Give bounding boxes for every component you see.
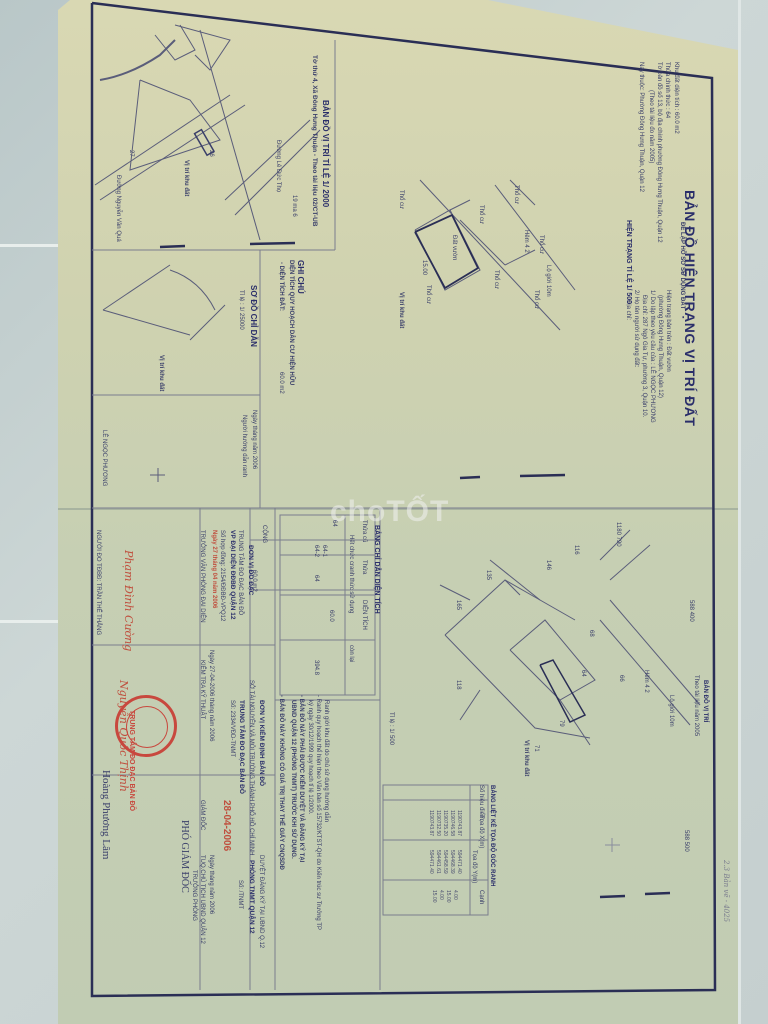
lower-map-scale: Tỉ lệ : 1/ 500	[387, 712, 395, 745]
current-map-scale: HIỆN TRẠNG TỈ LỆ 1/ 500	[625, 220, 632, 304]
lower-map-marker: Vị trí khu đất	[522, 740, 530, 776]
regulation-line-5: UBND QUẬN 12 (PHÒNG TNMT) TRƯỚC KHI SỬ D…	[289, 700, 297, 859]
coord-table-header-3: Tọa độ Y(m)	[470, 850, 478, 883]
guide-person-date: Ngày tháng năm 2006	[250, 410, 258, 469]
info-line-2: Thửa chính thức : 64	[663, 62, 671, 118]
current-map-dim-1: 15.00	[420, 260, 428, 275]
guide-person-role: Người hướng dẫn ranh	[240, 415, 248, 477]
coord-table-header-4: Cạnh	[477, 890, 485, 904]
lower-map-parcel: 79	[557, 720, 565, 727]
official-red-stamp	[115, 695, 177, 757]
current-map-label-4: Thổ cư	[537, 235, 545, 254]
lower-map-parcel: 118	[454, 680, 462, 690]
area-table-header-3: DIỆN TÍCH	[360, 600, 368, 630]
coord-row: 594468.39	[449, 850, 455, 874]
lower-map-coord-right: 588 400	[687, 600, 695, 622]
area-table-cell: 64-2	[312, 545, 320, 557]
area-table-cell: 394.8	[312, 660, 320, 675]
lower-map-road: Hẻm 4 2	[642, 670, 650, 693]
regulation-line-6: - BẢN ĐỒ NÀY KHÔNG CÓ GIÁ TRỊ THAY THẾ G…	[277, 695, 285, 870]
registration-date: Ngày tháng năm 2006	[207, 855, 215, 914]
current-map-road: Hẻm 4 2	[522, 230, 530, 253]
right-info-1: Hiện trạng bản trên : Đất vườn	[664, 290, 672, 372]
coord-row: 15.00	[445, 890, 451, 903]
coord-row: 594461.61	[435, 850, 441, 874]
location-map-road-4: Đường Lê Đức Thọ	[274, 140, 282, 192]
current-map-label-1: Thổ cư	[397, 190, 405, 209]
location-map-parcel-26: 26	[207, 150, 215, 157]
guide-map-scale: Tỉ lệ : 1/ 25000	[237, 290, 245, 330]
lower-map-parcel: 64	[579, 670, 587, 677]
current-map-label-7: Thổ cư	[424, 285, 432, 304]
inspection-unit-role: KIỂM TRA KỸ THUẬT	[198, 660, 206, 719]
area-table-header-1: Thửa cũ	[360, 520, 368, 542]
inspection-unit-title: ĐƠN VỊ KIỂM ĐỊNH BẢN ĐỒ	[258, 700, 265, 786]
lower-map-road-width: Lộ giới 10m	[667, 695, 675, 727]
lower-map-parcel: 66	[617, 675, 625, 682]
survey-unit-date: Ngày 27 tháng 04 năm 2006	[210, 530, 218, 608]
margin-handwritten-note: 2.3 Bản vẽ - 4025	[722, 860, 730, 922]
right-info-5: 2/ Họ tên người sử dụng đất:	[632, 290, 640, 367]
survey-unit-signature: Phạm Đình Cường	[122, 550, 135, 651]
coord-row: 15.00	[431, 890, 437, 903]
right-info-2: (phường Đông Hưng Thuận, Quận 12)	[656, 295, 664, 398]
main-subtitle: ĐỂ LẬP HỒ SƠ SỬ DỤNG ĐẤT	[679, 222, 685, 309]
registration-number: Số: /TNMT	[236, 880, 244, 909]
lower-map-coord-top: 1180 790	[614, 522, 622, 547]
inspection-unit-deputy-name: Hoàng Phương Lâm	[100, 770, 112, 859]
lower-map-parcel: 68	[587, 630, 595, 637]
current-map-marker: Vị trí khu đất	[397, 292, 405, 328]
survey-unit-contract: Số hợp đồng: 2154/ĐĐBĐ-VPQ12	[218, 530, 226, 621]
survey-unit-person: NGƯỜI ĐO TĐBĐ: TRẦN THẾ THẮNG	[94, 530, 102, 635]
current-map-label-2: Thổ cư	[477, 205, 485, 224]
coord-table-title: BẢNG LIỆT KÊ TỌA ĐỘ GÓC RANH	[489, 785, 495, 886]
notes-area: 60.0 m2	[277, 372, 285, 394]
location-map-road-1: Đường Nguyễn Văn Quá	[114, 175, 122, 242]
lower-map-parcel: 116	[572, 545, 580, 555]
inspection-unit-org1: SỞ TÀI NGUYÊN VÀ MÔI TRƯỜNG THÀNH PHỐ HỒ…	[247, 680, 255, 855]
stamp-text: TRUNG TÂM ĐO ĐẠC BẢN ĐỒ	[128, 710, 135, 811]
regulation-line-4: - BẢN ĐỒ NÀY PHẢI ĐƯỢC KIỂM DUYỆT VÀ ĐĂN…	[297, 695, 305, 862]
inspection-unit-org2: TRUNG TÂM ĐO ĐẠC BẢN ĐỒ	[238, 700, 245, 794]
lower-map-title: BẢN ĐỒ VỊ TRÍ	[702, 680, 708, 722]
area-table-cell: 64	[330, 520, 338, 527]
watermark: choTỐT	[330, 495, 449, 529]
info-line-1: Khu đất diện tích : 60.0 m2	[672, 62, 680, 134]
lower-map-parcel: 146	[544, 560, 552, 570]
survey-unit-org1: TRUNG TÂM ĐO ĐẠC BẢN ĐỒ	[236, 530, 244, 615]
registration-head: TRƯỞNG PHÒNG	[190, 870, 198, 921]
regulation-line-1: Ranh giới khu đất do chủ sử dụng hướng d…	[322, 700, 330, 822]
coord-row: 594458.59	[442, 850, 448, 874]
area-table-title: BẢNG CHỈ DẪN DIỆN TÍCH	[373, 525, 380, 614]
inspection-unit-director: GIÁM ĐỐC	[198, 800, 206, 830]
notes-line-1: DIỆN TÍCH QUY HOẠCH DÂN CƯ HIỆN HỮU	[287, 260, 295, 385]
inspection-unit-check-date: Ngày 27-04-2006 tháng năm 2006	[207, 650, 215, 741]
coord-row: 1190743.87	[428, 810, 434, 836]
coord-table-header-2: Tọa độ X(m)	[477, 815, 485, 848]
notes-title: GHI CHÚ	[296, 260, 305, 294]
coord-row: 1190735.20	[442, 810, 448, 836]
current-map-label-6: Thổ cư	[532, 290, 540, 309]
inspection-unit-deputy: PHÓ GIÁM ĐỐC	[179, 820, 190, 893]
current-map-parcel: Đất vườn	[450, 235, 458, 260]
coord-row: 1190732.50	[435, 810, 441, 836]
area-table-cell: 64-1	[320, 545, 328, 557]
lower-map-coord-bottom: 588 500	[682, 830, 690, 852]
current-map-road-width: Lộ giới 10m	[544, 265, 552, 297]
guide-person-name: LÊ NGỌC PHƯƠNG	[100, 430, 108, 486]
guide-map-title: SƠ ĐỒ CHỈ DẪN	[249, 285, 258, 347]
lower-map-parcel: 165	[454, 600, 462, 610]
coord-row: 1190746.58	[449, 810, 455, 836]
registration-role: TUQ.CHỦ TỊCH UBND QUẬN 12	[198, 855, 206, 944]
regulation-line-2: - Ranh quy hoạch thể hiện theo Văn bản s…	[314, 695, 322, 930]
right-info-3: 1/ Do lập theo yêu cầu của : LÊ NGỌC PHƯ…	[648, 290, 656, 423]
location-map-note: 19 ma 6	[290, 195, 298, 217]
area-table-total-label: CỘNG	[260, 525, 268, 543]
inspection-unit-number: Số: 2334/VĐD-TNMT	[228, 700, 236, 757]
survey-unit-title: ĐƠN VỊ ĐO ĐẠC	[247, 545, 254, 595]
location-map-marker: Vị trí khu đất	[182, 160, 190, 196]
location-map-title: BẢN ĐỒ VỊ TRÍ TỈ LỆ 1/ 2000	[321, 100, 330, 207]
coord-row: 4.00	[438, 890, 444, 900]
lower-map-source: Theo tài liệu năm 2005	[692, 675, 700, 736]
right-info-4: Địa chỉ: 287 Ngô Gia Tự, phường 3, Quận …	[640, 295, 648, 417]
area-table-cell: 60.0	[327, 610, 335, 622]
info-line-3: Tờ bản đồ số 13, bộ địa chính phường Đôn…	[655, 62, 663, 243]
area-table-cell: 64	[312, 575, 320, 582]
info-line-5: Nay thuộc: Phường Đông Hưng Thuận, Quận …	[637, 62, 645, 192]
location-map-source: Tờ thứ 4, Xã Đông Hưng Thuận - Theo tài …	[310, 55, 318, 226]
coord-row: 4.00	[452, 890, 458, 900]
current-map-label-3: Thổ cư	[512, 185, 520, 204]
regulation-line-3: ký ngày 30/12/1999 quy hoạch tỉ lệ 1/200…	[306, 700, 314, 814]
survey-unit-role: TRƯỞNG VĂN PHÒNG ĐẠI DIỆN	[198, 530, 206, 623]
lower-map-parcel: 135	[484, 570, 492, 580]
current-map-label-5: Thổ cư	[492, 270, 500, 289]
guide-map-marker: Vị trí khu đất	[157, 355, 165, 391]
area-table-header-2: Thửa	[360, 560, 368, 574]
survey-unit-org2: VP ĐẠI DIỆN ĐĐBĐ QUẬN 12	[229, 530, 236, 619]
notes-line-2: - DIỆN TÍCH ĐẤT:	[277, 262, 285, 311]
lower-map-parcel: 71	[532, 745, 540, 752]
coord-row: 594471.40	[428, 850, 434, 874]
area-table-header-4: Hết chức cranh thức sử dụng	[347, 535, 355, 613]
inspection-unit-date-stamp: 28-04-2006	[221, 800, 232, 851]
coord-row: 1190743.87	[456, 810, 462, 836]
location-map-parcel-27: 27	[127, 150, 135, 157]
registration-title: DUYỆT ĐĂNG KÝ TẠI UBND Q.12	[257, 855, 265, 948]
info-line-4: (Theo tài liệu đo năm 2005)	[647, 90, 655, 163]
area-table-header-5: còn lại	[347, 645, 355, 662]
registration-office: PHÒNG TNMT QUẬN 12	[248, 860, 255, 934]
coord-row: 594471.40	[456, 850, 462, 874]
